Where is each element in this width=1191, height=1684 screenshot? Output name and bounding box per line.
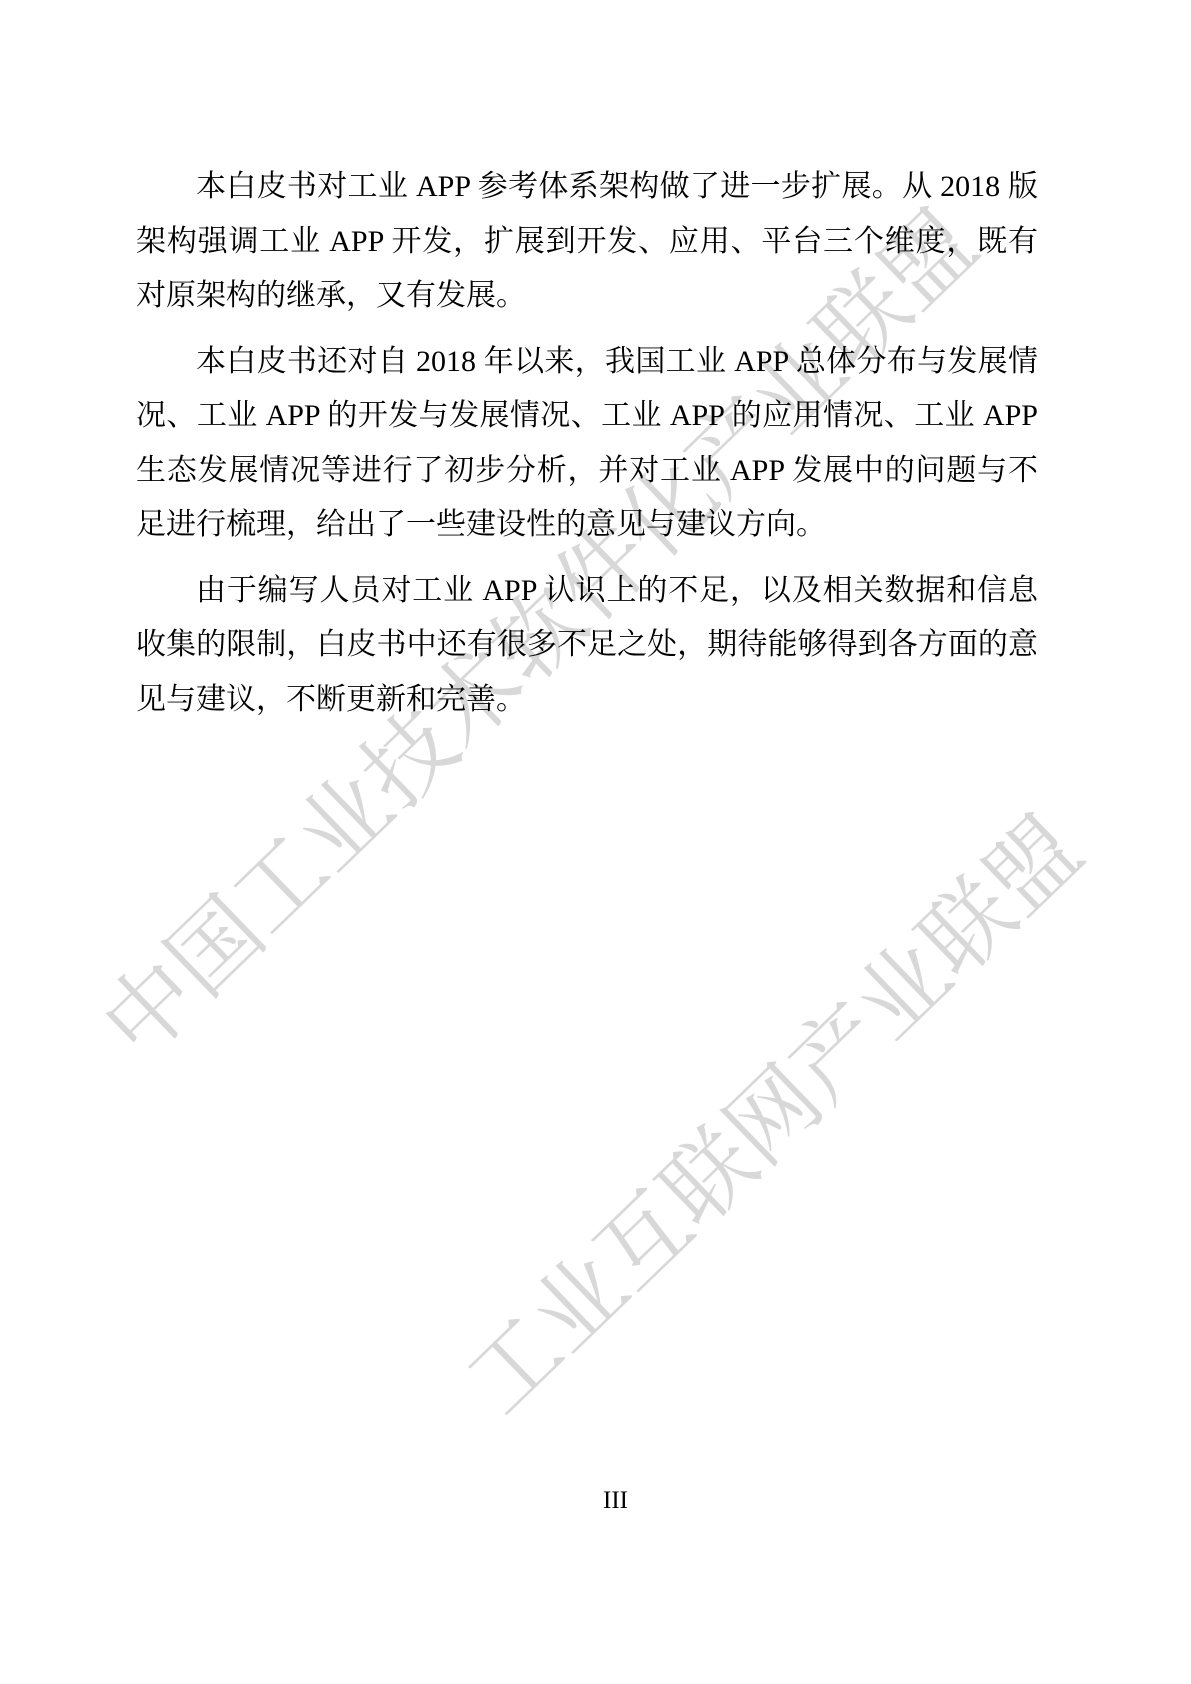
paragraph-1: 本白皮书对工业 APP 参考体系架构做了进一步扩展。从 2018 版架构强调工业… — [136, 160, 1038, 324]
document-page: 中国工业技术软件化产业联盟 工业互联网产业联盟 本白皮书对工业 APP 参考体系… — [0, 0, 1191, 1684]
page-body: 本白皮书对工业 APP 参考体系架构做了进一步扩展。从 2018 版架构强调工业… — [136, 160, 1038, 738]
page-number: III — [0, 1486, 1191, 1516]
watermark-alliance-industrial-internet: 工业互联网产业联盟 — [452, 802, 1097, 1429]
paragraph-3: 由于编写人员对工业 APP 认识上的不足，以及相关数据和信息收集的限制，白皮书中… — [136, 564, 1038, 728]
paragraph-2: 本白皮书还对自 2018 年以来，我国工业 APP 总体分布与发展情况、工业 A… — [136, 335, 1038, 553]
